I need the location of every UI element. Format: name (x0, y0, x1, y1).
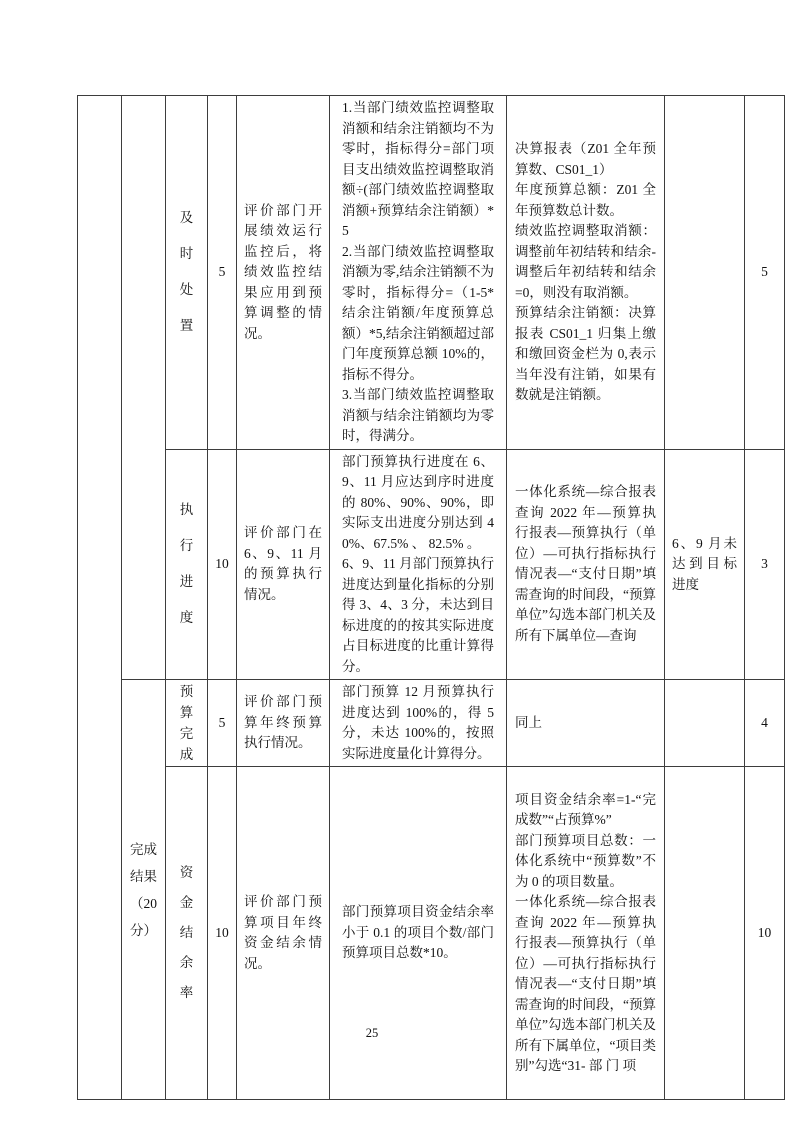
cell-scoring-criteria-2: 部门预算执行进度在 6、9、11 月应达到序时进度的 80%、90%、90%，即… (330, 449, 507, 680)
cell-scoring-criteria-1: 1.当部门绩效监控调整取消额和结余注销额均不为零时，指标得分=部门项目支出绩效监… (330, 96, 507, 450)
table-row: 资 金 结 余 率 10 评价部门预算项目年终资金结余情况。 部门预算项目资金结… (78, 767, 785, 1100)
cell-eval-content-1: 评价部门开展绩效运行监控后，将绩效监控结果应用到预算调整的情况。 (237, 96, 330, 450)
cell-indicator-name-3: 预 算 完 成 (166, 680, 208, 767)
cell-score-3: 4 (745, 680, 785, 767)
cell-note-3 (665, 680, 745, 767)
document-page: 及 时 处 置 5 评价部门开展绩效运行监控后，将绩效监控结果应用到预算调整的情… (0, 0, 793, 1122)
cell-category-level2-upper (122, 96, 166, 680)
cell-category-level1 (78, 96, 122, 1100)
table-row: 及 时 处 置 5 评价部门开展绩效运行监控后，将绩效监控结果应用到预算调整的情… (78, 96, 785, 450)
cell-score-1: 5 (745, 96, 785, 450)
page-number: 25 (0, 1026, 744, 1041)
cell-scoring-criteria-4: 部门预算项目资金结余率小于 0.1 的项目个数/部门预算项目总数*10。 (330, 767, 507, 1100)
cell-scoring-criteria-3: 部门预算 12 月预算执行进度达到 100%的，得 5 分，未达 100%的，按… (330, 680, 507, 767)
cell-eval-content-2: 评价部门在 6、9、11 月的预算执行情况。 (237, 449, 330, 680)
cell-note-1 (665, 96, 745, 450)
cell-indicator-name-1: 及 时 处 置 (166, 96, 208, 450)
cell-note-4 (665, 767, 745, 1100)
cell-weight-3: 5 (208, 680, 237, 767)
cell-note-2: 6、9 月未达到目标进度 (665, 449, 745, 680)
table-row: 执 行 进 度 10 评价部门在 6、9、11 月的预算执行情况。 部门预算执行… (78, 449, 785, 680)
cell-score-2: 3 (745, 449, 785, 680)
performance-indicator-table: 及 时 处 置 5 评价部门开展绩效运行监控后，将绩效监控结果应用到预算调整的情… (77, 95, 785, 1100)
cell-indicator-name-4: 资 金 结 余 率 (166, 767, 208, 1100)
cell-score-4: 10 (745, 767, 785, 1100)
cell-data-source-1: 决算报表（Z01 全年预算数、CS01_1） 年度预算总额：Z01 全年预算数总… (507, 96, 665, 450)
cell-indicator-name-2: 执 行 进 度 (166, 449, 208, 680)
cell-weight-2: 10 (208, 449, 237, 680)
cell-weight-1: 5 (208, 96, 237, 450)
cell-weight-4: 10 (208, 767, 237, 1100)
cell-data-source-3: 同上 (507, 680, 665, 767)
cell-eval-content-4: 评价部门预算项目年终资金结余情况。 (237, 767, 330, 1100)
cell-data-source-2: 一体化系统—综合报表查询 2022 年—预算执行报表—预算执行（单位）—可执行指… (507, 449, 665, 680)
table-row: 完成 结果 （20 分） 预 算 完 成 5 评价部门预算年终预算执行情况。 部… (78, 680, 785, 767)
cell-eval-content-3: 评价部门预算年终预算执行情况。 (237, 680, 330, 767)
cell-data-source-4: 项目资金结余率=1-“完成数”“占预算%” 部门预算项目总数：一体化系统中“预算… (507, 767, 665, 1100)
